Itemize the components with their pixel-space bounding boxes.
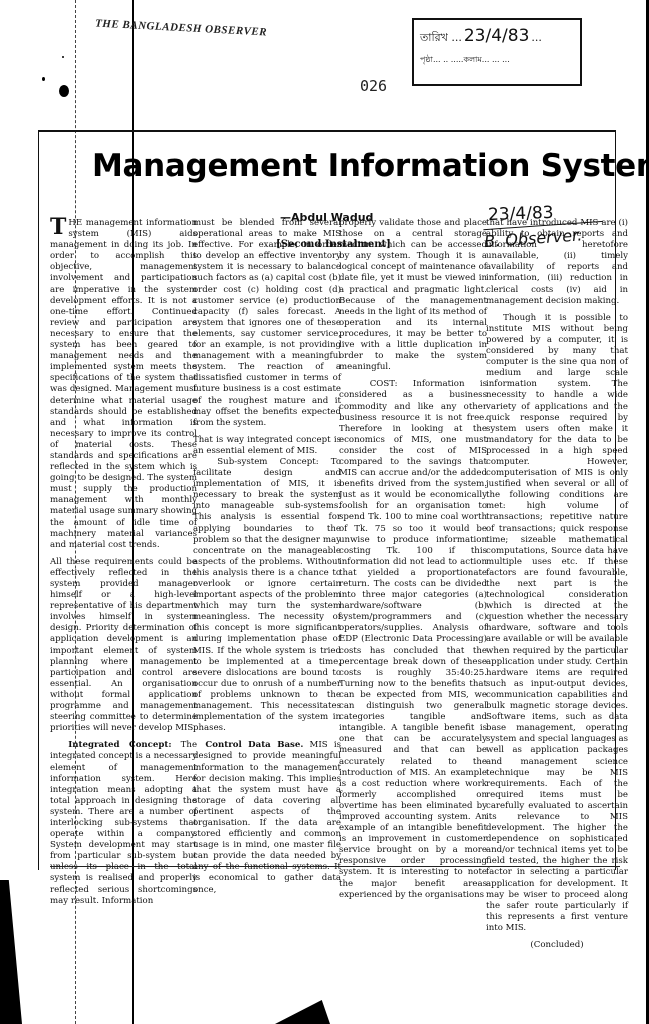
paragraph: That is way integrated concept is an ess… [193, 435, 341, 457]
article-column-2: must be blended from several operational… [193, 218, 341, 902]
date-stamp-box: তারিখ ...23/4/83... পৃষ্ঠা... .. .....কল… [412, 18, 582, 86]
stamp-date-label: তারিখ ... [420, 31, 462, 44]
paragraph: All these requirements could be effectiv… [50, 557, 197, 735]
article-title: Management Information System [92, 148, 572, 184]
drop-cap: T [50, 218, 66, 236]
paragraph: Integrated Concept: The integrated conce… [50, 740, 197, 906]
paragraph-text: must be blended from several operational… [193, 218, 341, 428]
newspaper-masthead: THE BANGLADESH OBSERVER [95, 18, 267, 39]
paragraph: THE management information system (MIS) … [50, 218, 197, 551]
section-heading: Sub-system Concept: [217, 457, 318, 467]
paragraph: Control Data Base. MIS is designed to pr… [193, 740, 341, 895]
stamp-date-tail: ... [531, 31, 542, 44]
paragraph: must be blended from several operational… [193, 218, 341, 429]
punch-hole-mark-small [42, 77, 45, 81]
paragraph: COST: Information is considered as a bus… [339, 379, 487, 900]
stamp-date-value: 23/4/83 [464, 26, 530, 46]
paragraph: Sub-system Concept: To facilitate design… [193, 457, 341, 734]
article-column-3: properly validate those and place those … [339, 218, 487, 907]
paragraph-text: Though it is possible to institute MIS w… [486, 313, 628, 933]
archive-page-number: 026 [360, 77, 387, 95]
scan-shadow-bottom [275, 1000, 330, 1024]
paragraph-text: that have introduced MIS are (i) ability… [486, 218, 628, 306]
punch-hole-mark [59, 85, 69, 97]
stamp-page-column-row: পৃষ্ঠা... .. .....কলাম... ... ... [420, 54, 574, 67]
paragraph: that have introduced MIS are (i) ability… [486, 218, 628, 307]
paragraph-text: All these requirements could be effectiv… [50, 557, 197, 733]
paragraph-text: The integrated concept is a necessary el… [50, 740, 197, 905]
scan-shadow-left [0, 880, 22, 1024]
paragraph-text: properly validate those and place those … [339, 218, 487, 372]
paragraph-text: Information is considered as a business … [339, 379, 487, 899]
article-column-4: that have introduced MIS are (i) ability… [486, 218, 628, 951]
speck-mark [62, 56, 64, 58]
paragraph-text: That is way integrated concept is an ess… [193, 435, 341, 456]
section-heading: Control Data Base. [205, 740, 303, 750]
stamp-date-row: তারিখ ...23/4/83... [420, 26, 574, 48]
article-bottom-rule [50, 866, 620, 867]
paragraph-text: HE management information system (MIS) a… [50, 218, 197, 550]
paragraph-text: To facilitate design and implementation … [193, 457, 341, 733]
article-column-1: THE management information system (MIS) … [50, 218, 197, 913]
paragraph-text: MIS is designed to provide meaningful in… [193, 740, 341, 894]
section-heading: COST: [370, 379, 398, 389]
paragraph: properly validate those and place those … [339, 218, 487, 373]
concluded-label: (Concluded) [486, 940, 628, 951]
paragraph: Though it is possible to institute MIS w… [486, 313, 628, 934]
section-heading: Integrated Concept: [68, 740, 171, 750]
